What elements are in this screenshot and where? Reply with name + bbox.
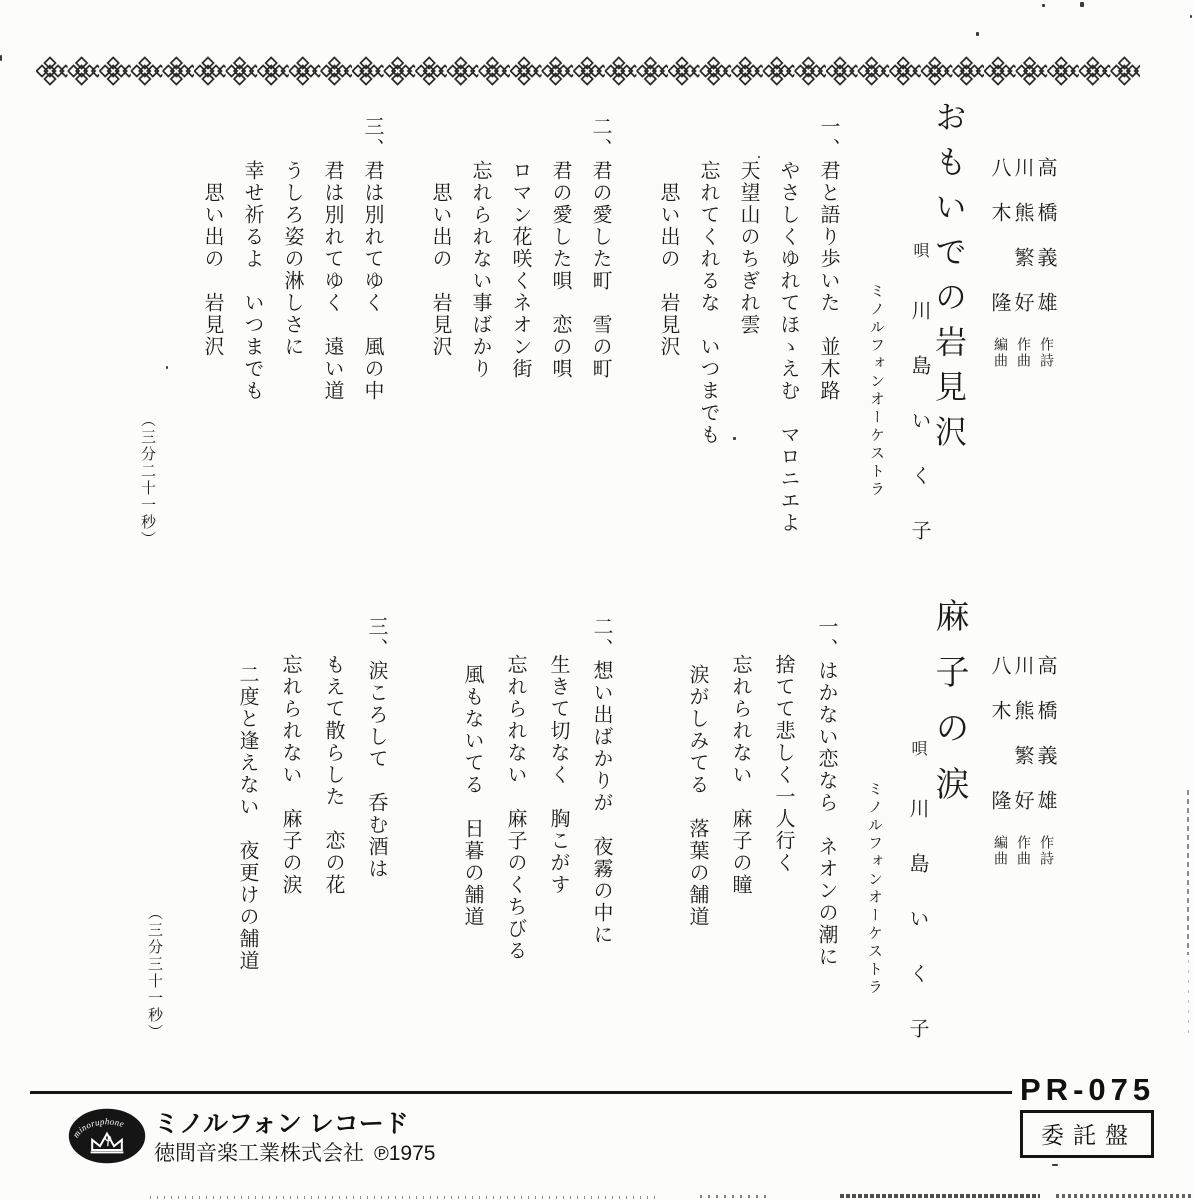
composer-name: 川熊繁好 xyxy=(1011,655,1033,835)
song-title: 麻子の涙 xyxy=(931,598,965,1103)
credit-lyricist: 高橋義雄作詩 xyxy=(1035,157,1055,600)
composer-role: 作曲 xyxy=(1015,337,1030,369)
arranger-name: 八木 隆 xyxy=(988,157,1010,337)
credits-group: 高橋義雄作詩 川熊繁好作曲 八木 隆編曲 xyxy=(989,598,1055,1103)
credits-group: 高橋義雄作詩 川熊繁好作曲 八木 隆編曲 xyxy=(989,100,1055,600)
lyricist-role: 作詩 xyxy=(1038,835,1053,867)
verse-3: 三、君は別れてゆく 風の中 君は別れてゆく 遠い道 うしろ姿の淋しさに 幸せ祈る… xyxy=(202,100,382,600)
song-duration: （三分二十一秒） xyxy=(139,100,154,600)
copyright-year: 1975 xyxy=(389,1142,436,1165)
credit-arranger: 八木 隆編曲 xyxy=(989,157,1009,600)
song-block-asako-no-namida: 高橋義雄作詩 川熊繁好作曲 八木 隆編曲 麻子の涙 唄川島いく子 ミノルフォンオ… xyxy=(146,598,1055,1103)
verse-3: 三、涙ころして 呑む酒は もえて散らした 恋の花 忘れられない 麻子の涙 二度と… xyxy=(237,598,386,1103)
song-duration: （三分三十一秒） xyxy=(146,598,161,1103)
lyrics-line: 二度と逢えない 夜更けの舗道 xyxy=(237,598,257,1103)
lyricist-name: 高橋義雄 xyxy=(1034,157,1056,337)
lyrics-line: 天望山のちぎれ雲 xyxy=(738,100,758,600)
lyricist-name: 高橋義雄 xyxy=(1034,655,1056,835)
lyrics-line: 忘れられない 麻子のくちびる xyxy=(505,598,525,1103)
lyrics-line: 君の愛した唄 恋の唄 xyxy=(550,100,570,600)
credit-composer: 川熊繁好作曲 xyxy=(1012,157,1032,600)
footer-divider-rule xyxy=(30,1091,1012,1094)
arranger-name: 八木 隆 xyxy=(988,655,1010,835)
verse-2: 二、想い出ばかりが 夜霧の中に 生きて切なく 胸こがす 忘れられない 麻子のくち… xyxy=(462,598,611,1103)
orchestra-name: ミノルフォンオーケストラ xyxy=(868,100,883,600)
lyrics-line: 幸せ祈るよ いつまでも xyxy=(242,100,262,600)
lyrics-line: 君は別れてゆく 遠い道 xyxy=(322,100,342,600)
minoruphone-logo: minoruphone xyxy=(68,1107,146,1165)
company-line: 徳間音楽工業株式会社℗1975 xyxy=(154,1137,435,1167)
vocalist-name: 川島いく子 xyxy=(908,300,930,575)
lyrics-line: 一、はかない恋なら ネオンの潮に xyxy=(816,598,836,1103)
lyrics-line: 忘れられない 麻子の瞳 xyxy=(730,598,750,1103)
lyrics-line: 生きて切なく 胸こがす xyxy=(548,598,568,1103)
vocal-label: 唄 xyxy=(911,242,928,258)
lyrics-line: 忘れられない 麻子の涙 xyxy=(280,598,300,1103)
composer-name: 川熊繁好 xyxy=(1011,157,1033,337)
lyrics-line: ロマン花咲くネオン街 xyxy=(510,100,530,600)
phonogram-mark: ℗ xyxy=(374,1143,389,1165)
credit-lyricist: 高橋義雄作詩 xyxy=(1035,655,1055,1103)
lyrics-line: 二、君の愛した町 雪の町 xyxy=(590,100,610,600)
lyrics-line: やさしくゆれてほゝえむ マロニエよ xyxy=(778,100,798,600)
lyrics-line: うしろ姿の淋しさに xyxy=(282,100,302,600)
verse-1: 一、はかない恋なら ネオンの潮に 捨てて悲しく一人行く 忘れられない 麻子の瞳 … xyxy=(687,598,836,1103)
arranger-role: 編曲 xyxy=(992,835,1007,867)
verse-1: 一、君と語り歩いた 並木路 やさしくゆれてほゝえむ マロニエよ 天望山のちぎれ雲… xyxy=(658,100,838,600)
orchestra-name: ミノルフォンオーケストラ xyxy=(866,598,881,1103)
vocalist-name: 川島いく子 xyxy=(906,798,928,1073)
lyrics-line: 風もないてる 日暮の舗道 xyxy=(462,598,482,1103)
lyricist-role: 作詩 xyxy=(1038,337,1053,369)
song-title: おもいでの岩見沢 xyxy=(933,100,965,600)
decorative-diamond-border xyxy=(36,53,1140,89)
singer-column: 唄川島いく子 xyxy=(907,598,927,1103)
singer-column: 唄川島いく子 xyxy=(909,100,929,600)
lyrics-line: 思い出の 岩見沢 xyxy=(202,100,222,600)
consignment-badge: 委託盤 xyxy=(1020,1110,1154,1158)
lyrics-line: 涙がしみてる 落葉の舗道 xyxy=(687,598,707,1103)
record-label-name: ミノルフォン レコード xyxy=(154,1104,409,1140)
lyrics-line: もえて散らした 恋の花 xyxy=(323,598,343,1103)
lyrics-line: 三、涙ころして 呑む酒は xyxy=(366,598,386,1103)
credit-arranger: 八木 隆編曲 xyxy=(989,655,1009,1103)
credit-composer: 川熊繁好作曲 xyxy=(1012,655,1032,1103)
lyrics-line: 捨てて悲しく一人行く xyxy=(773,598,793,1103)
arranger-role: 編曲 xyxy=(992,337,1007,369)
lyrics-line: 思い出の 岩見沢 xyxy=(430,100,450,600)
lyrics-line: 三、君は別れてゆく 風の中 xyxy=(362,100,382,600)
catalog-number: PR-075 xyxy=(1020,1072,1155,1108)
composer-role: 作曲 xyxy=(1015,835,1030,867)
lyrics-line: 一、君と語り歩いた 並木路 xyxy=(818,100,838,600)
song-block-omoide-no-iwamizawa: 高橋義雄作詩 川熊繁好作曲 八木 隆編曲 おもいでの岩見沢 唄川島いく子 ミノル… xyxy=(139,100,1055,600)
lyrics-line: 二、想い出ばかりが 夜霧の中に xyxy=(591,598,611,1103)
record-sleeve-back: 高橋義雄作詩 川熊繁好作曲 八木 隆編曲 おもいでの岩見沢 唄川島いく子 ミノル… xyxy=(0,0,1194,1200)
lyrics-line: 忘れてくれるな いつまでも xyxy=(698,100,718,600)
company-name: 徳間音楽工業株式会社 xyxy=(154,1142,364,1165)
verse-2: 二、君の愛した町 雪の町 君の愛した唄 恋の唄 ロマン花咲くネオン街 忘れられな… xyxy=(430,100,610,600)
lyrics-line: 忘れられない事ばかり xyxy=(470,100,490,600)
lyrics-line: 思い出の 岩見沢 xyxy=(658,100,678,600)
vocal-label: 唄 xyxy=(909,740,926,756)
